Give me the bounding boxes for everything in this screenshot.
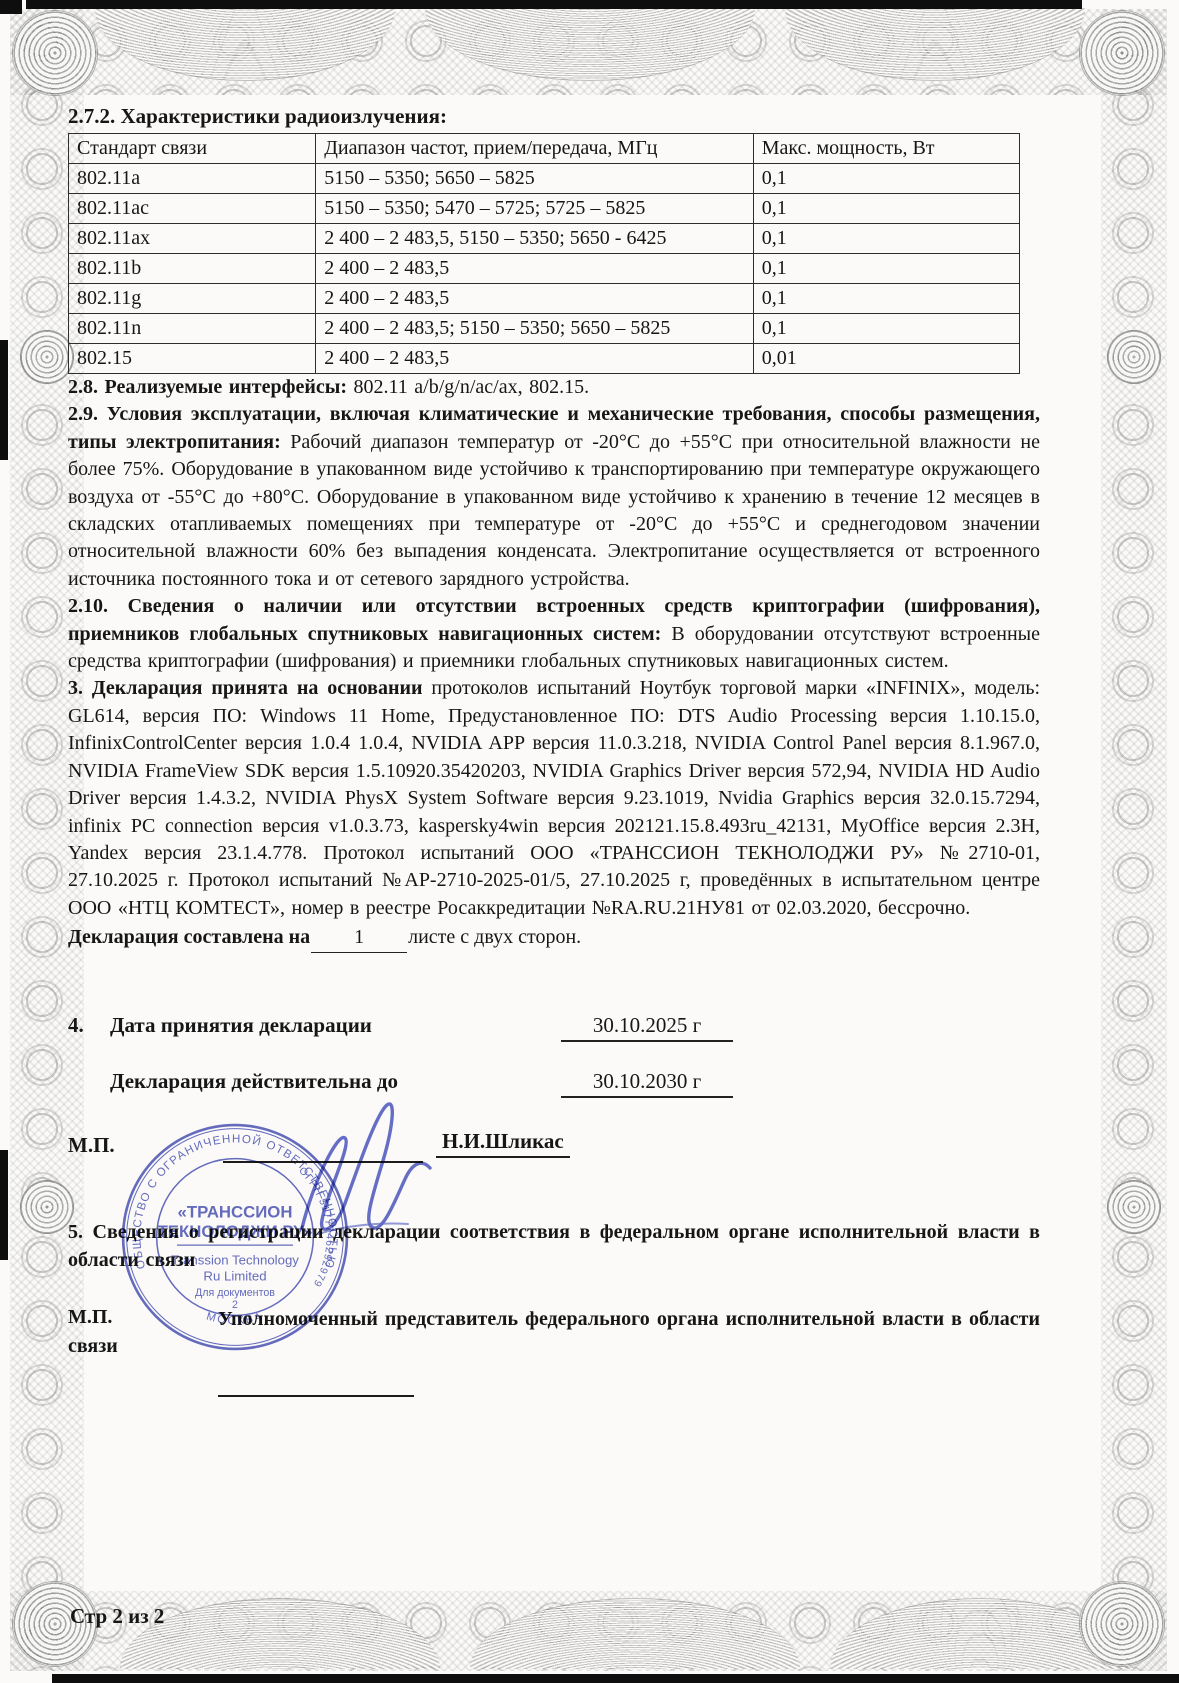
acceptance-date-value: 30.10.2025 г	[561, 1013, 733, 1042]
border-rosette	[1079, 10, 1165, 96]
sheet-count-blank: 1	[311, 922, 407, 953]
stamp-en-line2: Ru Limited	[203, 1269, 266, 1284]
valid-until-row: Декларация действительна до 30.10.2030 г	[68, 1069, 1040, 1107]
border-rosette	[1107, 330, 1161, 384]
page-number: Стр 2 из 2	[70, 1604, 164, 1629]
table-row: 802.11ac5150 – 5350; 5470 – 5725; 5725 –…	[69, 194, 1020, 224]
table-row: 802.152 400 – 2 483,50,01	[69, 344, 1020, 374]
stamp-place-label: М.П.	[68, 1133, 115, 1158]
section-28-paragraph: 2.8. Реализуемые интерфейсы: 802.11 a/b/…	[68, 374, 1040, 401]
border-rosette	[12, 10, 98, 96]
svg-text:МОСКВА: МОСКВА	[205, 1311, 265, 1328]
scan-edge-mark	[0, 340, 8, 460]
scan-edge-mark	[0, 1150, 8, 1260]
scan-edge-bottom	[52, 1674, 1179, 1683]
decorative-border-right	[1101, 9, 1167, 1671]
table-row: 802.11n2 400 – 2 483,5; 5150 – 5350; 565…	[69, 314, 1020, 344]
stamp-en-line1: Transsion Technology	[171, 1252, 299, 1267]
signee-name: Н.И.Шликас	[436, 1129, 570, 1158]
table-row: 802.11b2 400 – 2 483,50,1	[69, 254, 1020, 284]
stamp-place-label-2: М.П.	[68, 1306, 112, 1329]
section-29-paragraph: 2.9. Условия эксплуатации, включая клима…	[68, 401, 1040, 593]
sheets-statement: Декларация составлена на1листе с двух ст…	[68, 922, 1040, 953]
table-header-row: Стандарт связи Диапазон частот, прием/пе…	[69, 134, 1020, 164]
handwritten-signature	[288, 1076, 440, 1241]
registration-signature-line	[218, 1395, 414, 1397]
border-rosette	[20, 330, 74, 384]
col-header-power: Макс. мощность, Вт	[753, 134, 1019, 164]
scan-edge-mark	[0, 0, 22, 14]
border-rosette	[20, 1180, 74, 1234]
border-rosette	[1079, 1581, 1165, 1667]
table-row: 802.11ax2 400 – 2 483,5, 5150 – 5350; 56…	[69, 224, 1020, 254]
item-4-number: 4.	[68, 1013, 84, 1038]
col-header-range: Диапазон частот, прием/передача, МГц	[316, 134, 753, 164]
stamp-number: 2	[232, 1299, 238, 1311]
stamp-city-text: МОСКВА	[205, 1311, 265, 1328]
section-272-heading: 2.7.2. Характеристики радиоизлучения:	[68, 104, 1040, 129]
valid-until-value: 30.10.2030 г	[561, 1069, 733, 1098]
section-3-paragraph: 3. Декларация принята на основании прото…	[68, 675, 1040, 922]
section-210-paragraph: 2.10. Сведения о наличии или отсутствии …	[68, 593, 1040, 675]
stamp-purpose: Для документов	[195, 1287, 275, 1299]
acceptance-date-label: Дата принятия декларации	[110, 1013, 372, 1038]
table-row: 802.11a5150 – 5350; 5650 – 58250,1	[69, 164, 1020, 194]
scan-edge-top	[26, 0, 1082, 9]
acceptance-date-row: 4. Дата принятия декларации 30.10.2025 г	[68, 1013, 1040, 1051]
table-row: 802.11g2 400 – 2 483,50,1	[69, 284, 1020, 314]
stamp-org-line1: «ТРАНССИОН	[178, 1203, 293, 1222]
col-header-standard: Стандарт связи	[69, 134, 316, 164]
radio-characteristics-table: Стандарт связи Диапазон частот, прием/пе…	[68, 133, 1020, 374]
border-rosette	[1107, 1180, 1161, 1234]
document-page: 2.7.2. Характеристики радиоизлучения: Ст…	[0, 0, 1179, 1683]
